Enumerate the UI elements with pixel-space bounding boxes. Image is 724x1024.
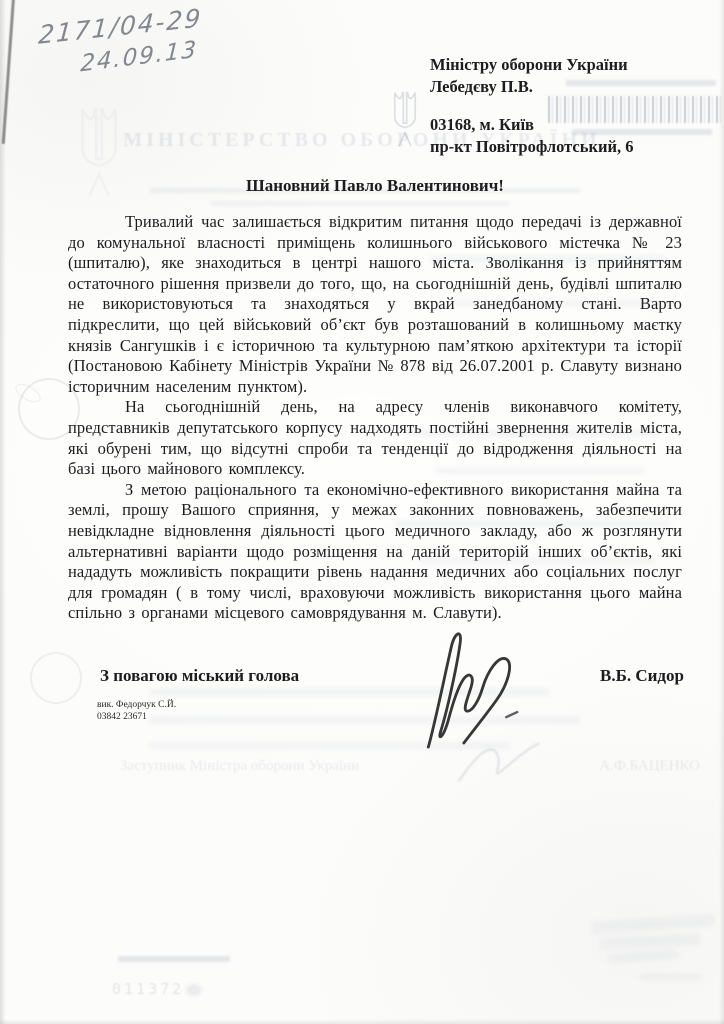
- salutation: Шановний Павло Валентинович!: [68, 176, 682, 196]
- faint-mark: [186, 984, 202, 996]
- scanned-letter-page: 2171/04-29 24.09.13 МІНІСТЕРСТВО ОБОРОНИ…: [0, 0, 724, 1024]
- scan-edge-shade: [719, 0, 724, 1024]
- scan-edge-shade: [0, 1019, 724, 1024]
- faint-stamp-artifact: [600, 933, 700, 949]
- bleed-footer-number: 011372: [112, 980, 184, 998]
- recipient-street: пр-кт Повітрофлотський, 6: [430, 136, 634, 158]
- bleed-text-artifact: [405, 430, 660, 437]
- faint-stamp-artifact: [592, 914, 715, 934]
- recipient-postcode-city: 03168, м. Київ: [430, 114, 634, 136]
- signoff-name: В.Б. Сидор: [600, 666, 684, 686]
- signoff-row: З повагою міський голова В.Б. Сидор: [100, 666, 684, 686]
- bleed-signature-artifact: [448, 732, 548, 790]
- bleed-text-artifact: [455, 300, 655, 306]
- bleed-text-artifact: [420, 558, 655, 564]
- scan-edge-shade: [0, 0, 6, 1024]
- recipient-block: Міністру оборони України Лебедєву П.В. 0…: [430, 54, 634, 158]
- recipient-name: Лебедєву П.В.: [430, 76, 634, 98]
- bleed-text-artifact: [435, 468, 645, 474]
- trident-emblem-icon: [388, 88, 422, 150]
- paragraph-3: З метою раціонального та економічно-ефек…: [68, 480, 682, 624]
- bleed-signoff-title: Заступник Міністра оборони України: [120, 758, 359, 775]
- signoff-title: З повагою міський голова: [100, 666, 299, 686]
- punch-hole-ring: [30, 652, 82, 704]
- executor-name: вик. Федорчук С.Й.: [97, 699, 176, 711]
- faint-stamp-artifact: [640, 974, 702, 980]
- bleed-text-artifact: [430, 256, 665, 263]
- faint-stamp-artifact: [608, 950, 678, 964]
- bleed-letterhead-line: [210, 201, 510, 206]
- bleed-signoff-name: А.Ф.БАЦЕНКО: [599, 758, 700, 775]
- recipient-title: Міністру оборони України: [430, 54, 634, 76]
- executor-phone: 03842 23671: [97, 711, 176, 723]
- bleed-signoff-row: Заступник Міністра оборони України А.Ф.Б…: [120, 758, 700, 775]
- executor-note: вик. Федорчук С.Й. 03842 23671: [97, 699, 176, 723]
- faint-stamp-text-line: [118, 956, 230, 962]
- bleed-text-artifact: [395, 520, 670, 527]
